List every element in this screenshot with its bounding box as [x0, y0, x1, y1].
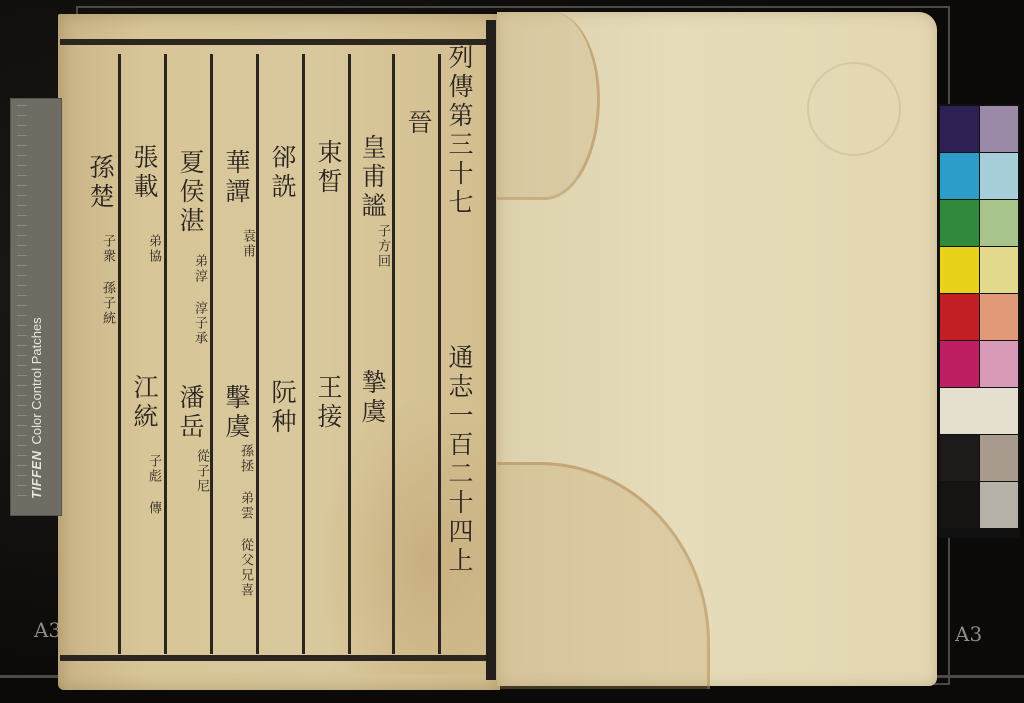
entry-lower: 擊虞: [218, 384, 254, 442]
color-patch: [940, 247, 979, 293]
right-page-blank: [497, 12, 937, 686]
bottom-border-rule: [60, 655, 496, 661]
entry-main: 夏侯湛: [172, 149, 208, 236]
entry-lower: 王接: [310, 374, 346, 432]
entry-lower: 摯虞: [354, 369, 390, 427]
entry-main: 孫楚: [82, 154, 118, 212]
entry-note: 子衆 孫子統: [98, 234, 117, 326]
entry-lower-note: 孫拯 弟雲 從父兄喜: [236, 444, 255, 598]
book-spine: [486, 20, 496, 680]
color-patch: [940, 200, 979, 246]
color-patch: [940, 388, 1018, 434]
dynasty-label: 晉: [400, 109, 436, 138]
ruler-label: TIFFENColor Control Patches: [29, 317, 44, 499]
color-patch: [980, 200, 1019, 246]
color-patch: [980, 153, 1019, 199]
entry-lower: 阮种: [264, 379, 300, 437]
ruler-caption: Color Control Patches: [29, 317, 44, 444]
entry-note: 子方回: [373, 224, 392, 269]
water-stain-top: [497, 12, 600, 200]
entry-main: 皇甫謐: [354, 134, 390, 221]
color-patch: [980, 106, 1019, 152]
column-divider: [392, 54, 395, 654]
color-patch: [980, 435, 1019, 481]
top-border-rule: [60, 39, 496, 45]
sheet-label-right: A3: [955, 622, 982, 646]
color-patch: [940, 341, 979, 387]
entry-note: 袁甫: [238, 229, 257, 259]
ring-stain: [807, 62, 901, 156]
entry-main: 郤詵: [264, 144, 300, 202]
entry-lower: 江統: [126, 374, 162, 432]
entry-note: 弟協: [144, 234, 163, 264]
color-patch: [980, 482, 1019, 528]
section-reference: 通志一百二十四上: [441, 344, 477, 576]
color-patch: [940, 482, 979, 528]
entry-main: 華譚: [218, 149, 254, 207]
column-divider: [118, 54, 121, 654]
color-patch: [940, 435, 979, 481]
color-patch: [940, 106, 979, 152]
column-divider: [302, 54, 305, 654]
column-divider: [210, 54, 213, 654]
column-divider: [164, 54, 167, 654]
entry-note: 弟淳 淳子承: [190, 254, 209, 346]
color-patch: [980, 294, 1019, 340]
color-control-patches: [938, 104, 1020, 538]
entry-lower-note: 子彪 傳: [144, 454, 163, 516]
color-patch: [980, 247, 1019, 293]
color-patch: [940, 294, 979, 340]
ruler-ticks: [17, 105, 27, 505]
entry-main: 張載: [126, 144, 162, 202]
entry-lower-note: 從子尼: [192, 449, 211, 494]
entry-main: 束晳: [310, 139, 346, 197]
left-page: 列傳第三十七 通志一百二十四上 晉 皇甫謐 子方回 摯虞 束晳 王接 郤詵 阮种…: [58, 14, 500, 690]
brand-name: TIFFEN: [29, 451, 44, 500]
column-divider: [256, 54, 259, 654]
water-stain-bottom: [497, 462, 710, 689]
color-patch: [980, 341, 1019, 387]
chapter-title: 列傳第三十七: [441, 44, 477, 218]
entry-lower: 潘岳: [172, 384, 208, 442]
tiffen-ruler: TIFFENColor Control Patches: [10, 98, 62, 516]
column-divider: [348, 54, 351, 654]
color-patch: [940, 153, 979, 199]
